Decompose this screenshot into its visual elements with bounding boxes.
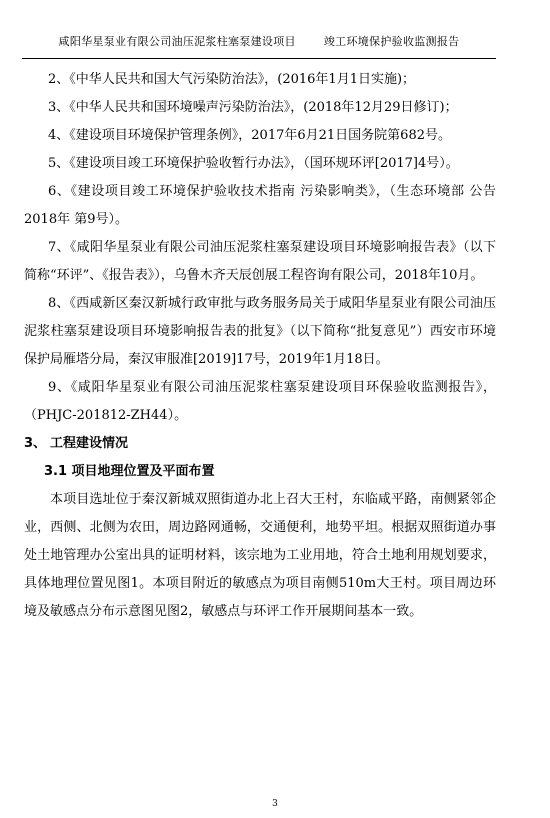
reference-item: 9、《咸阳华星泵业有限公司油压泥浆柱塞泵建设项目环保验收监测报告》，（PHJC-… xyxy=(24,374,496,430)
reference-item: 3、《中华人民共和国环境噪声污染防治法》，(2018年12月29日修订)； xyxy=(24,94,496,122)
page-number: 3 xyxy=(0,799,550,809)
section-heading: 3、工程建设情况 xyxy=(24,430,496,458)
reference-item: 2、《中华人民共和国大气污染防治法》，(2016年1月1日实施)； xyxy=(24,66,496,94)
reference-item: 6、《建设项目竣工环境保护验收技术指南 污染影响类》，（生态环境部 公告 201… xyxy=(24,178,496,234)
subsection-heading: 3.1 项目地理位置及平面布置 xyxy=(24,458,496,486)
header-project-title: 咸阳华星泵业有限公司油压泥浆柱塞泵建设项目 xyxy=(59,35,296,48)
header-report-title: 竣工环境保护验收监测报告 xyxy=(324,35,460,48)
reference-item: 8、《西咸新区秦汉新城行政审批与政务服务局关于咸阳华星泵业有限公司油压泥浆柱塞泵… xyxy=(24,290,496,374)
header-divider xyxy=(22,58,496,59)
section-number: 3、 xyxy=(24,430,50,458)
reference-item: 7、《咸阳华星泵业有限公司油压泥浆柱塞泵建设项目环境影响报告表》（以下简称“环评… xyxy=(24,234,496,290)
reference-item: 4、《建设项目环境保护管理条例》，2017年6月21日国务院第682号。 xyxy=(24,122,496,150)
section-title: 工程建设情况 xyxy=(50,436,128,451)
document-body: 2、《中华人民共和国大气污染防治法》，(2016年1月1日实施)； 3、《中华人… xyxy=(24,66,496,626)
page-header: 咸阳华星泵业有限公司油压泥浆柱塞泵建设项目竣工环境保护验收监测报告 xyxy=(22,33,496,51)
reference-item: 5、《建设项目竣工环境保护验收暂行办法》，（国环规环评[2017]4号）。 xyxy=(24,150,496,178)
body-paragraph: 本项目选址位于秦汉新城双照街道办北上召大王村，东临咸平路，南侧紧邻企业，西侧、北… xyxy=(24,486,496,626)
